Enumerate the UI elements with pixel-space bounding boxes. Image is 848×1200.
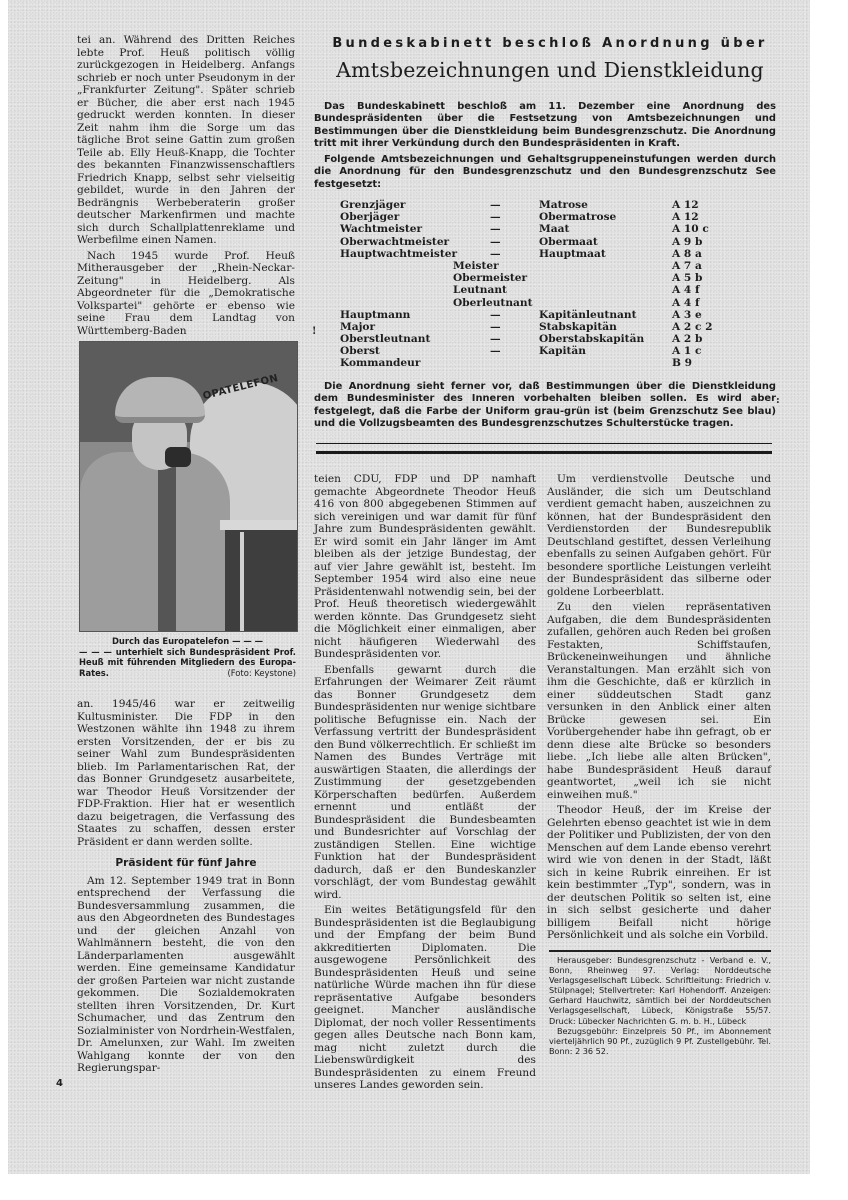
rank-row: MeisterA 7 a — [340, 260, 760, 272]
caption-title: Durch das Europatelefon — — — — [79, 636, 296, 647]
paragraph: teien CDU, FDP und DP namhaft gemachte A… — [314, 473, 536, 661]
rank-sea: Oberstabskapitän — [539, 333, 644, 345]
rank-land: Leutnant — [453, 284, 507, 296]
middle-column: teien CDU, FDP und DP namhaft gemachte A… — [314, 473, 536, 1092]
rank-table: Grenzjäger—MatroseA 12Oberjäger—Obermatr… — [340, 199, 760, 370]
rank-grade: A 3 e — [672, 309, 702, 321]
rank-grade: A 2 c 2 — [672, 321, 712, 333]
paragraph: Zu den vielen repräsentativen Aufgaben, … — [547, 601, 771, 801]
page-number: 4 — [56, 1078, 63, 1089]
right-column: Um verdienstvolle Deutsche und Ausländer… — [547, 473, 771, 942]
left-column-bottom: an. 1945/46 war er zeitweilig Kultusmini… — [77, 698, 295, 1075]
stand-top — [220, 520, 298, 530]
rank-row: Grenzjäger—MatroseA 12 — [340, 199, 760, 211]
paragraph: Ebenfalls gewarnt durch die Erfahrungen … — [314, 664, 536, 902]
rank-land: Oberst — [340, 345, 380, 357]
margin-mark: ! — [312, 326, 316, 337]
article-kicker: Bundeskabinett beschloß Anordnung über — [325, 36, 775, 51]
rank-dash: — — [490, 309, 501, 321]
rank-land: Hauptmann — [340, 309, 410, 321]
double-rule-divider — [316, 443, 772, 454]
rank-grade: A 4 f — [672, 284, 700, 296]
paragraph: Folgende Amtsbezeichnungen und Gehaltsgr… — [314, 154, 776, 191]
impressum-divider — [549, 950, 771, 952]
paragraph: tei an. Während des Dritten Reiches lebt… — [77, 34, 295, 247]
rank-grade: A 1 c — [672, 345, 701, 357]
rank-land: Grenzjäger — [340, 199, 406, 211]
rank-row: Hauptwachtmeister—HauptmaatA 8 a — [340, 248, 760, 260]
rank-grade: A 5 b — [672, 272, 702, 284]
rank-row: Wachtmeister—MaatA 10 c — [340, 223, 760, 235]
rank-dash: — — [490, 321, 501, 333]
paragraph: Nach 1945 wurde Prof. Heuß Mitherausgebe… — [77, 250, 295, 338]
rank-grade: A 2 b — [672, 333, 702, 345]
article-closing: Die Anordnung sieht ferner vor, daß Best… — [314, 381, 776, 430]
rank-row: Major—StabskapitänA 2 c 2 — [340, 321, 760, 333]
left-column-top: tei an. Während des Dritten Reiches lebt… — [77, 34, 295, 337]
rank-sea: Obermaat — [539, 236, 598, 248]
impressum: Herausgeber: Bundesgrenzschutz - Verband… — [549, 955, 771, 1056]
rank-dash: — — [490, 248, 501, 260]
impressum-paragraph: Herausgeber: Bundesgrenzschutz - Verband… — [549, 955, 771, 1026]
telephone-stand — [225, 527, 298, 632]
rank-dash: — — [490, 199, 501, 211]
rank-dash: — — [490, 333, 501, 345]
impressum-paragraph: Bezugsgebühr: Einzelpreis 50 Pf., im Abo… — [549, 1026, 771, 1056]
rank-land: Kommandeur — [340, 357, 420, 369]
rank-row: Oberst—KapitänA 1 c — [340, 345, 760, 357]
paragraph: Am 12. September 1949 trat in Bonn entsp… — [77, 875, 295, 1075]
rank-sea: Matrose — [539, 199, 588, 211]
rank-dash: — — [490, 236, 501, 248]
paragraph: Ein weites Betätigungsfeld für den Bunde… — [314, 904, 536, 1092]
rank-grade: A 10 c — [672, 223, 709, 235]
rank-sea: Maat — [539, 223, 569, 235]
rank-grade: A 4 f — [672, 297, 700, 309]
rank-land: Meister — [453, 260, 499, 272]
rank-sea: Obermatrose — [539, 211, 616, 223]
margin-mark: : — [776, 395, 780, 406]
rank-row: LeutnantA 4 f — [340, 284, 760, 296]
rank-row: KommandeurB 9 — [340, 357, 760, 369]
rank-dash: — — [490, 211, 501, 223]
rank-land: Oberstleutnant — [340, 333, 430, 345]
paragraph: Das Bundeskabinett beschloß am 11. Dezem… — [314, 101, 776, 150]
rank-land: Wachtmeister — [340, 223, 422, 235]
rank-grade: A 7 a — [672, 260, 702, 272]
rank-grade: A 8 a — [672, 248, 702, 260]
rank-row: Oberstleutnant—OberstabskapitänA 2 b — [340, 333, 760, 345]
rank-grade: A 12 — [672, 199, 699, 211]
rank-row: Oberjäger—ObermatroseA 12 — [340, 211, 760, 223]
rank-sea: Kapitän — [539, 345, 586, 357]
phone-receiver-icon — [165, 447, 191, 467]
caption-body: — — — unterhielt sich Bundespräsident Pr… — [79, 647, 296, 679]
rank-land: Oberwachtmeister — [340, 236, 449, 248]
rank-sea: Hauptmaat — [539, 248, 606, 260]
rank-sea: Kapitänleutnant — [539, 309, 637, 321]
rank-dash: — — [490, 223, 501, 235]
rank-land: Hauptwachtmeister — [340, 248, 457, 260]
lapel — [158, 462, 176, 632]
rank-land: Major — [340, 321, 375, 333]
rank-land: Oberjäger — [340, 211, 399, 223]
rank-grade: A 12 — [672, 211, 699, 223]
rank-row: OberleutnantA 4 f — [340, 297, 760, 309]
rank-grade: A 9 b — [672, 236, 702, 248]
subheading: Präsident für fünf Jahre — [77, 857, 295, 870]
rank-row: Oberwachtmeister—ObermaatA 9 b — [340, 236, 760, 248]
rank-row: Hauptmann—KapitänleutnantA 3 e — [340, 309, 760, 321]
paragraph: Die Anordnung sieht ferner vor, daß Best… — [314, 381, 776, 430]
photo-credit: (Foto: Keystone) — [228, 668, 296, 679]
rank-sea: Stabskapitän — [539, 321, 617, 333]
rank-grade: B 9 — [672, 357, 692, 369]
rank-land: Obermeister — [453, 272, 527, 284]
coat — [80, 452, 230, 632]
article-headline: Amtsbezeichnungen und Dienstkleidung — [325, 58, 775, 82]
rank-dash: — — [490, 345, 501, 357]
photo-heuss-europatelefon: OPATELEFON — [79, 341, 298, 632]
stand-leg — [240, 532, 244, 632]
rank-land: Oberleutnant — [453, 297, 532, 309]
paragraph: an. 1945/46 war er zeitweilig Kultusmini… — [77, 698, 295, 848]
rank-row: ObermeisterA 5 b — [340, 272, 760, 284]
paragraph: Theodor Heuß, der im Kreise der Gelehrte… — [547, 804, 771, 942]
article-lead: Das Bundeskabinett beschloß am 11. Dezem… — [314, 101, 776, 191]
paragraph: Um verdienstvolle Deutsche und Ausländer… — [547, 473, 771, 598]
photo-caption: Durch das Europatelefon — — — — — — unte… — [79, 636, 296, 678]
